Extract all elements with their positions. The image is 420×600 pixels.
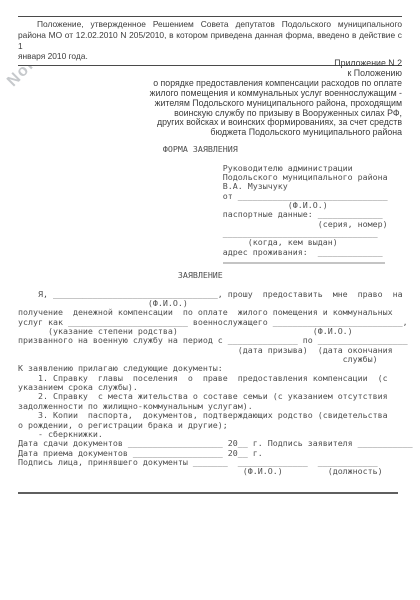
- document-page: Norma.ru Положение, утвержденное Решение…: [0, 0, 420, 600]
- bottom-rule: [18, 492, 398, 494]
- header-note-line: района МО от 12.02.2010 N 205/2010, в ко…: [18, 30, 402, 52]
- form-addressee-block: ФОРМА ЗАЯВЛЕНИЯ Руководителю администрац…: [18, 145, 388, 257]
- address-blank-line: [223, 262, 385, 264]
- header-note-line: Положение, утвержденное Решением Совета …: [18, 19, 402, 30]
- appendix-heading: Приложение N 2 к Положению о порядке пре…: [122, 59, 402, 138]
- form-body-block: ЗАЯВЛЕНИЕ Я, ___________________________…: [18, 271, 413, 477]
